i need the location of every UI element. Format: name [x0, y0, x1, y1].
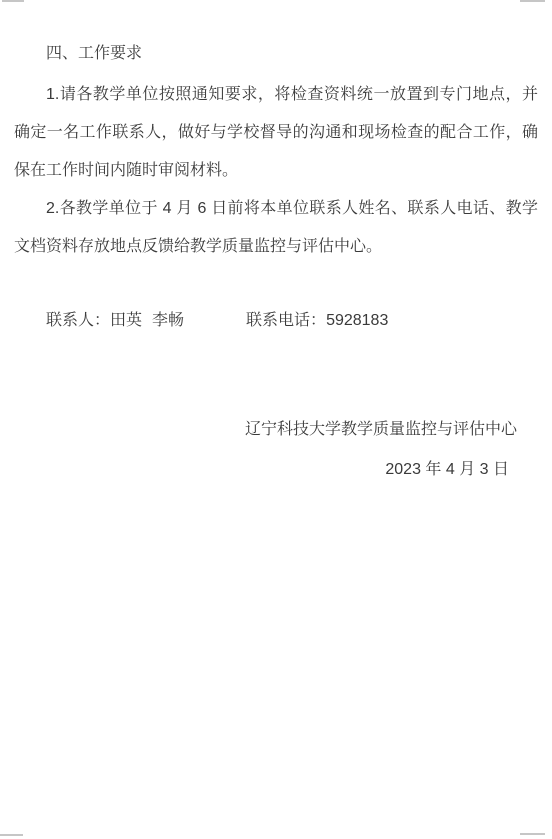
- signature-organization: 辽宁科技大学教学质量监控与评估中心: [14, 411, 517, 449]
- contact-label: 联系人：: [46, 312, 110, 329]
- corner-mark-top-right: [520, 0, 545, 2]
- paragraph-work-requirement-1: 1.请各教学单位按照通知要求，将检查资料统一放置到专门地点，并确定一名工作联系人…: [14, 76, 538, 190]
- corner-mark-bottom-right: [520, 833, 545, 835]
- section-heading: 四、工作要求: [14, 35, 538, 73]
- document-content: 四、工作要求 1.请各教学单位按照通知要求，将检查资料统一放置到专门地点，并确定…: [14, 35, 538, 489]
- contact-phone-label: 联系电话：: [246, 312, 326, 329]
- corner-mark-top-left: [2, 0, 24, 2]
- contact-name-2: 李畅: [152, 312, 184, 329]
- document-page: 四、工作要求 1.请各教学单位按照通知要求，将检查资料统一放置到专门地点，并确定…: [0, 0, 552, 839]
- signature-date: 2023 年 4 月 3 日: [14, 451, 509, 489]
- corner-mark-bottom-left: [0, 834, 23, 836]
- contact-line: 联系人：田英李畅联系电话：5928183: [14, 302, 538, 340]
- contact-phone-number: 5928183: [326, 312, 388, 329]
- contact-name-1: 田英: [110, 312, 142, 329]
- paragraph-work-requirement-2: 2.各教学单位于 4 月 6 日前将本单位联系人姓名、联系人电话、教学文档资料存…: [14, 190, 538, 266]
